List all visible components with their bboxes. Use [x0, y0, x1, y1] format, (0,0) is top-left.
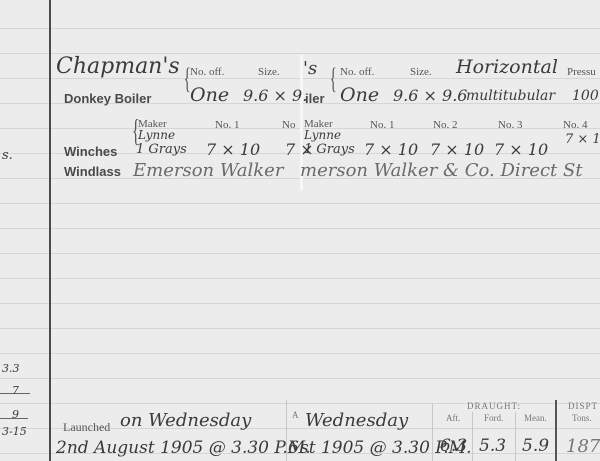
col-pressure: Pressu: [567, 66, 596, 78]
boiler-type: Horizontal: [456, 56, 558, 78]
column-divider: [555, 400, 557, 461]
winch-no1: 7 × 10: [364, 140, 418, 159]
launch-day: on Wednesday: [120, 410, 251, 431]
winch-maker-1: Lynne: [304, 128, 341, 142]
draught-ford: 5.3: [479, 436, 506, 456]
side-fragment: 6: [288, 438, 299, 458]
draught-aft: 6.3: [440, 436, 467, 456]
donkey-boiler-label-fragment: iler: [305, 91, 325, 106]
windlass-label: Windlass: [64, 164, 121, 179]
displacement-header: DISPT: [568, 401, 598, 411]
donkey-boiler-label: Donkey Boiler: [64, 91, 151, 106]
windlass-value: Emerson Walker: [133, 160, 283, 181]
col-no1: No. 1: [370, 119, 394, 131]
winch-maker-1: Lynne: [138, 128, 175, 142]
col-no-off: No. off.: [340, 66, 374, 78]
col-size: Size.: [410, 66, 432, 78]
margin-number: 9: [12, 408, 19, 421]
col-no3: No. 3: [498, 119, 522, 131]
column-divider: [432, 403, 433, 461]
col-no1: No. 1: [215, 119, 239, 131]
winch-no1: 7 × 10: [206, 140, 260, 159]
boiler-size: 9.6 × 9.6: [393, 86, 467, 105]
boiler-type-2: multitubular: [466, 88, 555, 104]
margin-rule: [49, 0, 51, 461]
launch-day-repeat: Wednesday: [305, 410, 408, 431]
side-fragment: A: [292, 410, 299, 420]
winches-label: Winches: [64, 144, 117, 159]
launch-date: 2nd August 1905 @ 3.30 P.M.: [56, 438, 311, 458]
boiler-maker: Chapman's: [56, 54, 180, 79]
column-divider: [472, 412, 473, 461]
col-size: Size.: [258, 66, 280, 78]
brace: {: [330, 62, 337, 96]
boiler-no-off: One: [340, 84, 379, 106]
winch-maker-2: 1 Grays: [136, 142, 187, 157]
margin-number: 3-15: [2, 425, 27, 438]
margin-fragment: s.: [2, 148, 13, 163]
column-divider: [515, 412, 516, 461]
boiler-no-off: One: [190, 84, 229, 106]
boiler-maker-fragment: 's: [303, 58, 317, 79]
col-no-off: No. off.: [190, 66, 224, 78]
winch-no4: 7 × 10: [565, 132, 600, 147]
draught-col-mean: Mean.: [524, 413, 547, 423]
boiler-size: 9.6 × 9.: [243, 86, 307, 105]
winch-no2: 7 × 10: [430, 140, 484, 159]
margin-number: 3.3: [2, 362, 20, 375]
windlass-value-continued: merson Walker & Co. Direct St: [300, 160, 583, 181]
draught-col-aft: Aft.: [446, 413, 460, 423]
winch-maker-2: 1 Grays: [304, 142, 355, 157]
launched-label: Launched: [63, 420, 110, 435]
col-no4: No. 4: [563, 119, 587, 131]
col-no-fragment: No: [282, 119, 295, 131]
displacement-tons: 187: [566, 436, 600, 457]
winch-no3: 7 × 10: [494, 140, 548, 159]
col-no2: No. 2: [433, 119, 457, 131]
draught-header: DRAUGHT:: [467, 401, 521, 411]
draught-col-ford: Ford.: [484, 413, 503, 423]
margin-number: 7: [12, 384, 19, 397]
draught-mean: 5.9: [522, 436, 549, 456]
displacement-col-tons: Tons.: [572, 413, 592, 423]
boiler-pressure: 100: [572, 88, 599, 104]
